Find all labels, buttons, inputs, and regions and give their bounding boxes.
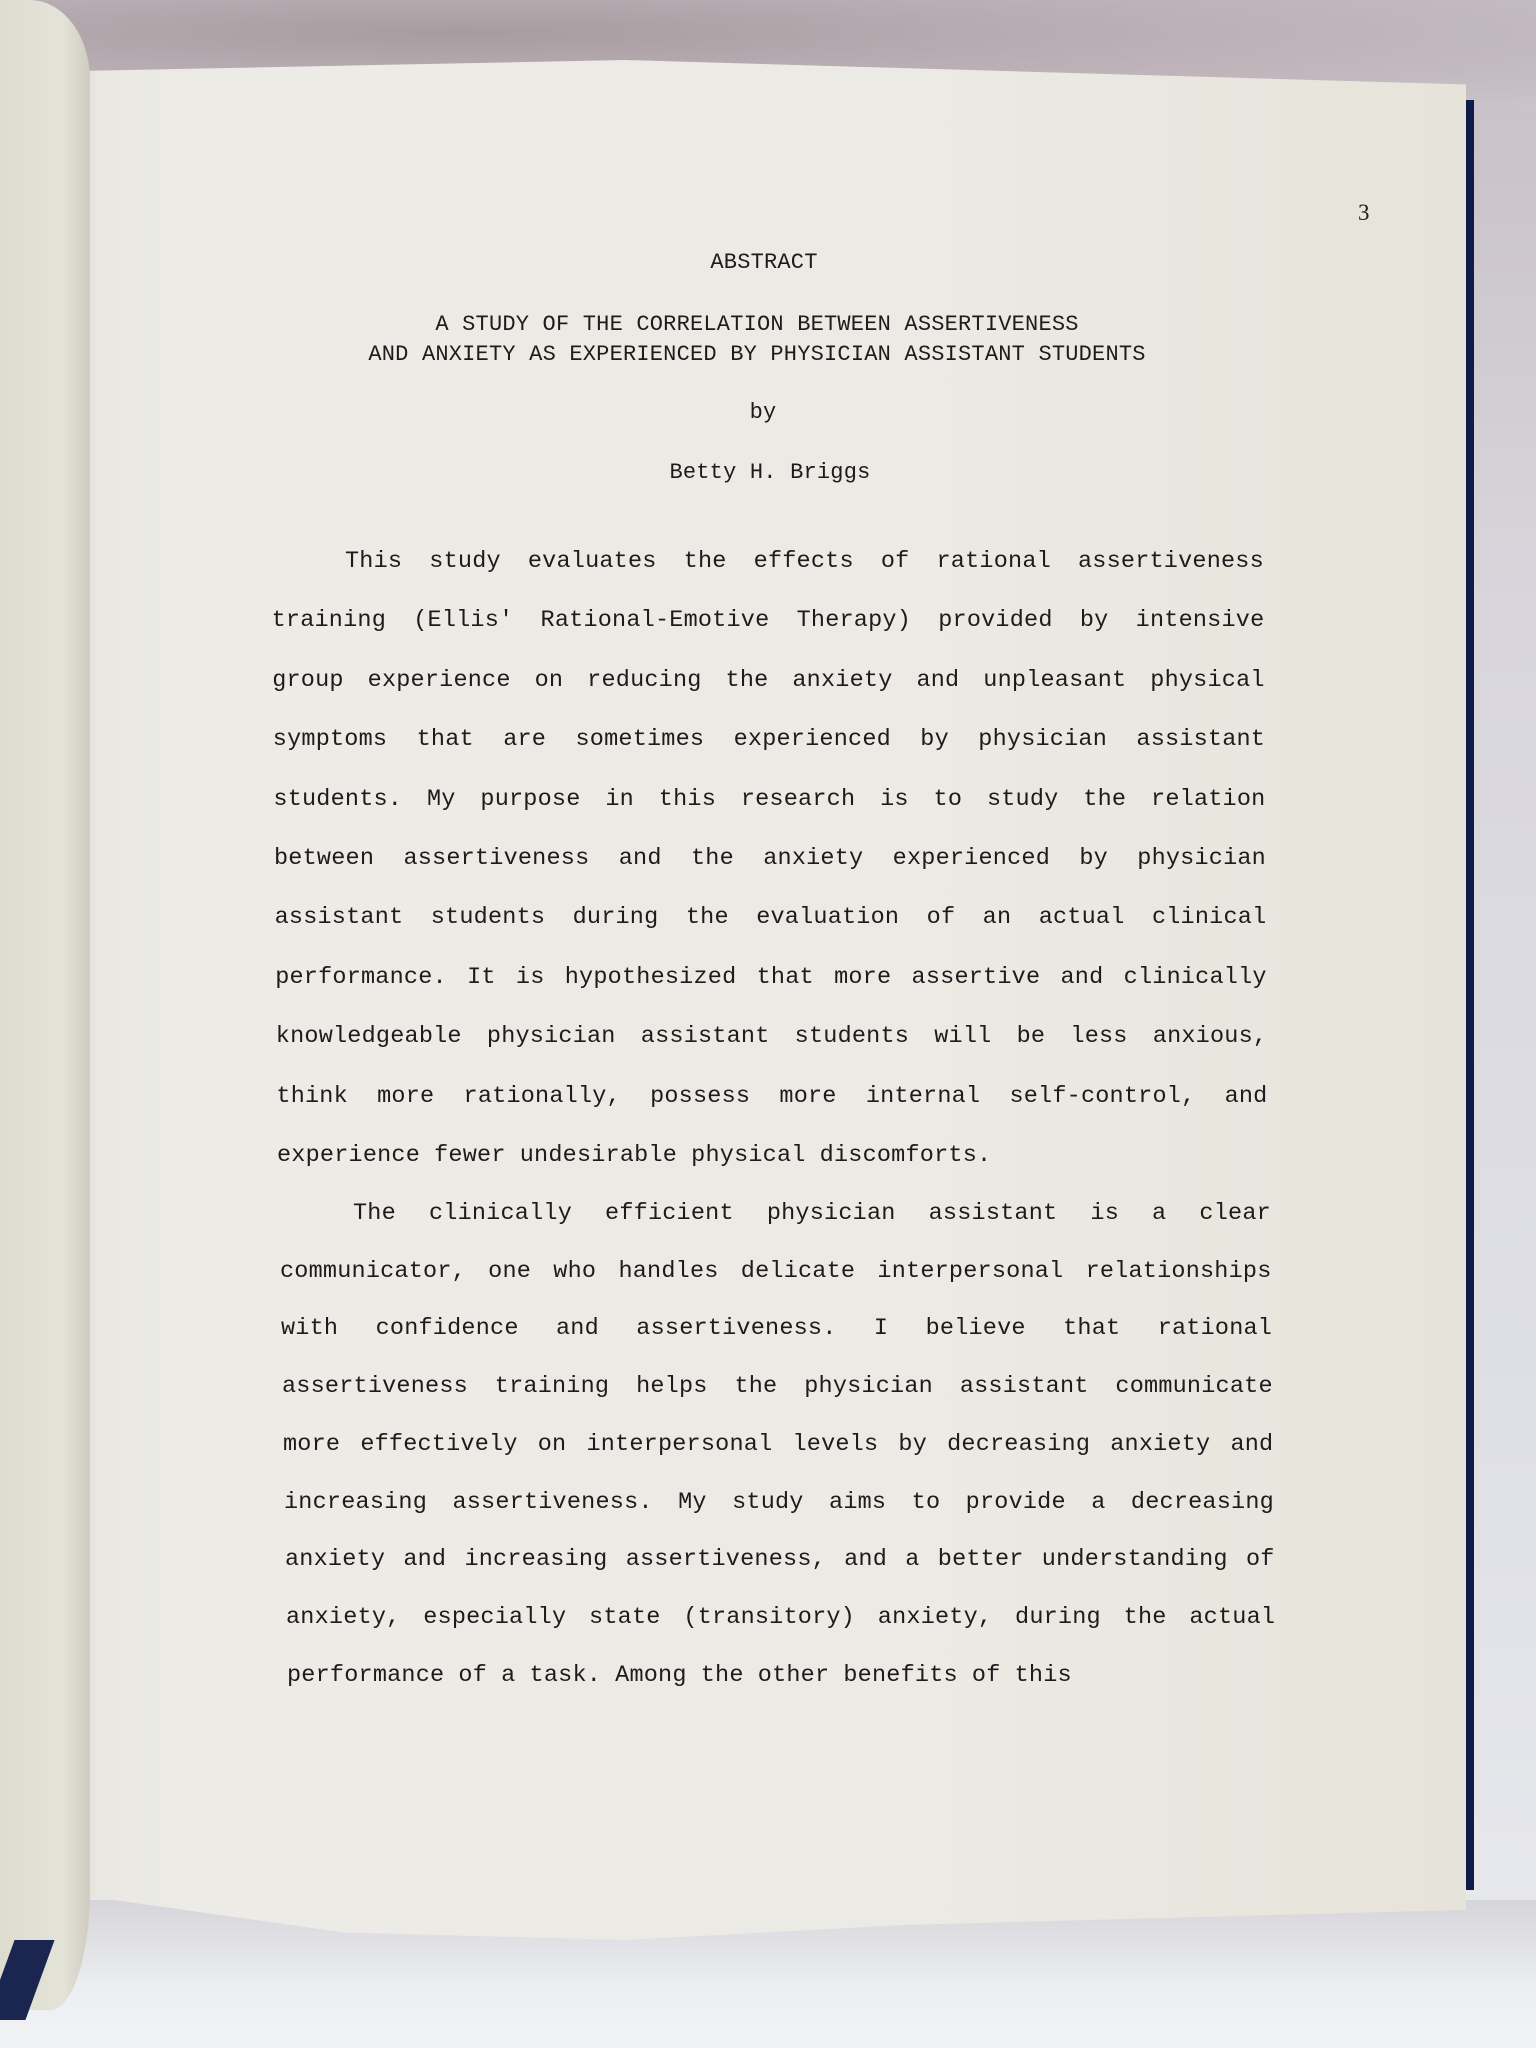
body-line: assertivenesstraininghelpsthephysicianas… bbox=[282, 1373, 1273, 1400]
body-line: anxietyandincreasingassertiveness,andabe… bbox=[285, 1546, 1275, 1573]
body-line: performance.Itishypothesizedthatmoreasse… bbox=[275, 964, 1267, 991]
body-line: increasingassertiveness.Mystudyaimstopro… bbox=[284, 1489, 1274, 1516]
byline: by bbox=[750, 400, 777, 425]
body-line: Theclinicallyefficientphysicianassistant… bbox=[353, 1200, 1271, 1227]
abstract-heading: ABSTRACT bbox=[710, 250, 817, 275]
body-line: performanceofatask.Amongtheotherbenefits… bbox=[287, 1662, 1276, 1689]
body-line: students.Mypurposeinthisresearchistostud… bbox=[273, 786, 1265, 813]
body-line: communicator,onewhohandlesdelicateinterp… bbox=[280, 1258, 1272, 1285]
title-line-1: A STUDY OF THE CORRELATION BETWEEN ASSER… bbox=[435, 312, 1078, 337]
body-line: withconfidenceandassertiveness.Ibelievet… bbox=[281, 1315, 1272, 1342]
facing-page-edge bbox=[0, 0, 90, 2010]
body-line: anxiety,especiallystate(transitory)anxie… bbox=[286, 1604, 1275, 1631]
author-name: Betty H. Briggs bbox=[669, 460, 870, 485]
body-line: symptomsthataresometimesexperiencedbyphy… bbox=[273, 726, 1265, 753]
body-line: groupexperienceonreducingtheanxietyandun… bbox=[272, 667, 1265, 694]
body-line: betweenassertivenessandtheanxietyexperie… bbox=[274, 845, 1266, 872]
body-line: thinkmorerationally,possessmoreinternals… bbox=[276, 1083, 1267, 1110]
body-line: moreeffectivelyoninterpersonallevelsbyde… bbox=[283, 1431, 1273, 1458]
body-line: assistantstudentsduringtheevaluationofan… bbox=[275, 904, 1267, 931]
body-line: training(Ellis'Rational-EmotiveTherapy)p… bbox=[272, 607, 1265, 634]
body-line: Thisstudyevaluatestheeffectsofrationalas… bbox=[345, 548, 1264, 575]
page-number: 3 bbox=[1358, 200, 1370, 226]
body-line: experiencefewerundesirablephysicaldiscom… bbox=[277, 1142, 1268, 1169]
title-line-2: AND ANXIETY AS EXPERIENCED BY PHYSICIAN … bbox=[368, 342, 1145, 367]
body-line: knowledgeablephysicianassistantstudentsw… bbox=[276, 1023, 1267, 1050]
